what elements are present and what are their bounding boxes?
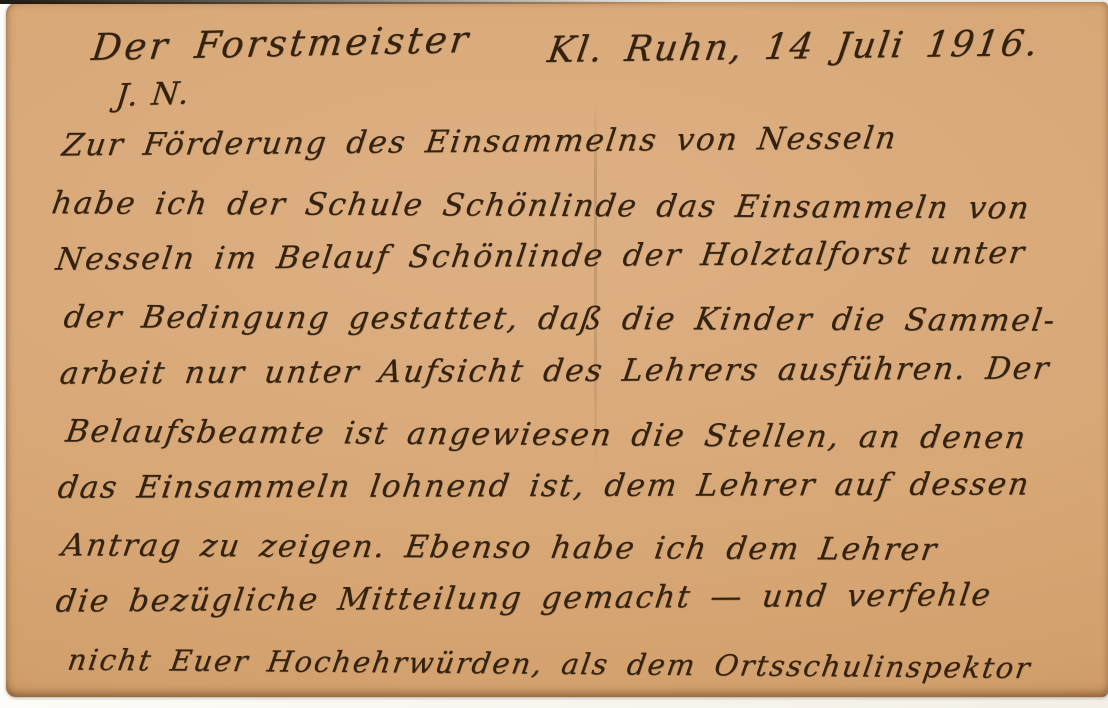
handwriting-line: das Einsammeln lohnend ist, dem Lehrer a… bbox=[0, 456, 1108, 517]
letter-body: Zur Förderung des Einsammelns von Nessel… bbox=[0, 118, 1108, 688]
handwriting-line: Nesseln im Belauf Schönlinde der Holztal… bbox=[0, 224, 1108, 289]
handwriting-line: arbeit nur unter Aufsicht des Lehrers au… bbox=[0, 340, 1108, 403]
journal-number-note: J. N. bbox=[114, 75, 192, 114]
handwriting-line: die bezügliche Mitteilung gemacht — und … bbox=[0, 566, 1108, 631]
scan-edge-artifact bbox=[0, 0, 687, 4]
sender-line: Der Forstmeister bbox=[89, 18, 473, 69]
scanned-letter-image: Der Forstmeister J. N. Kl. Ruhn, 14 Juli… bbox=[0, 0, 1108, 708]
handwriting-line: Zur Förderung des Einsammelns von Nessel… bbox=[0, 108, 1108, 175]
place-and-dateline: Kl. Ruhn, 14 Juli 1916. bbox=[545, 23, 1042, 71]
handwriting-line: nicht Euer Hochehrwürden, als dem Ortssc… bbox=[0, 631, 1108, 698]
